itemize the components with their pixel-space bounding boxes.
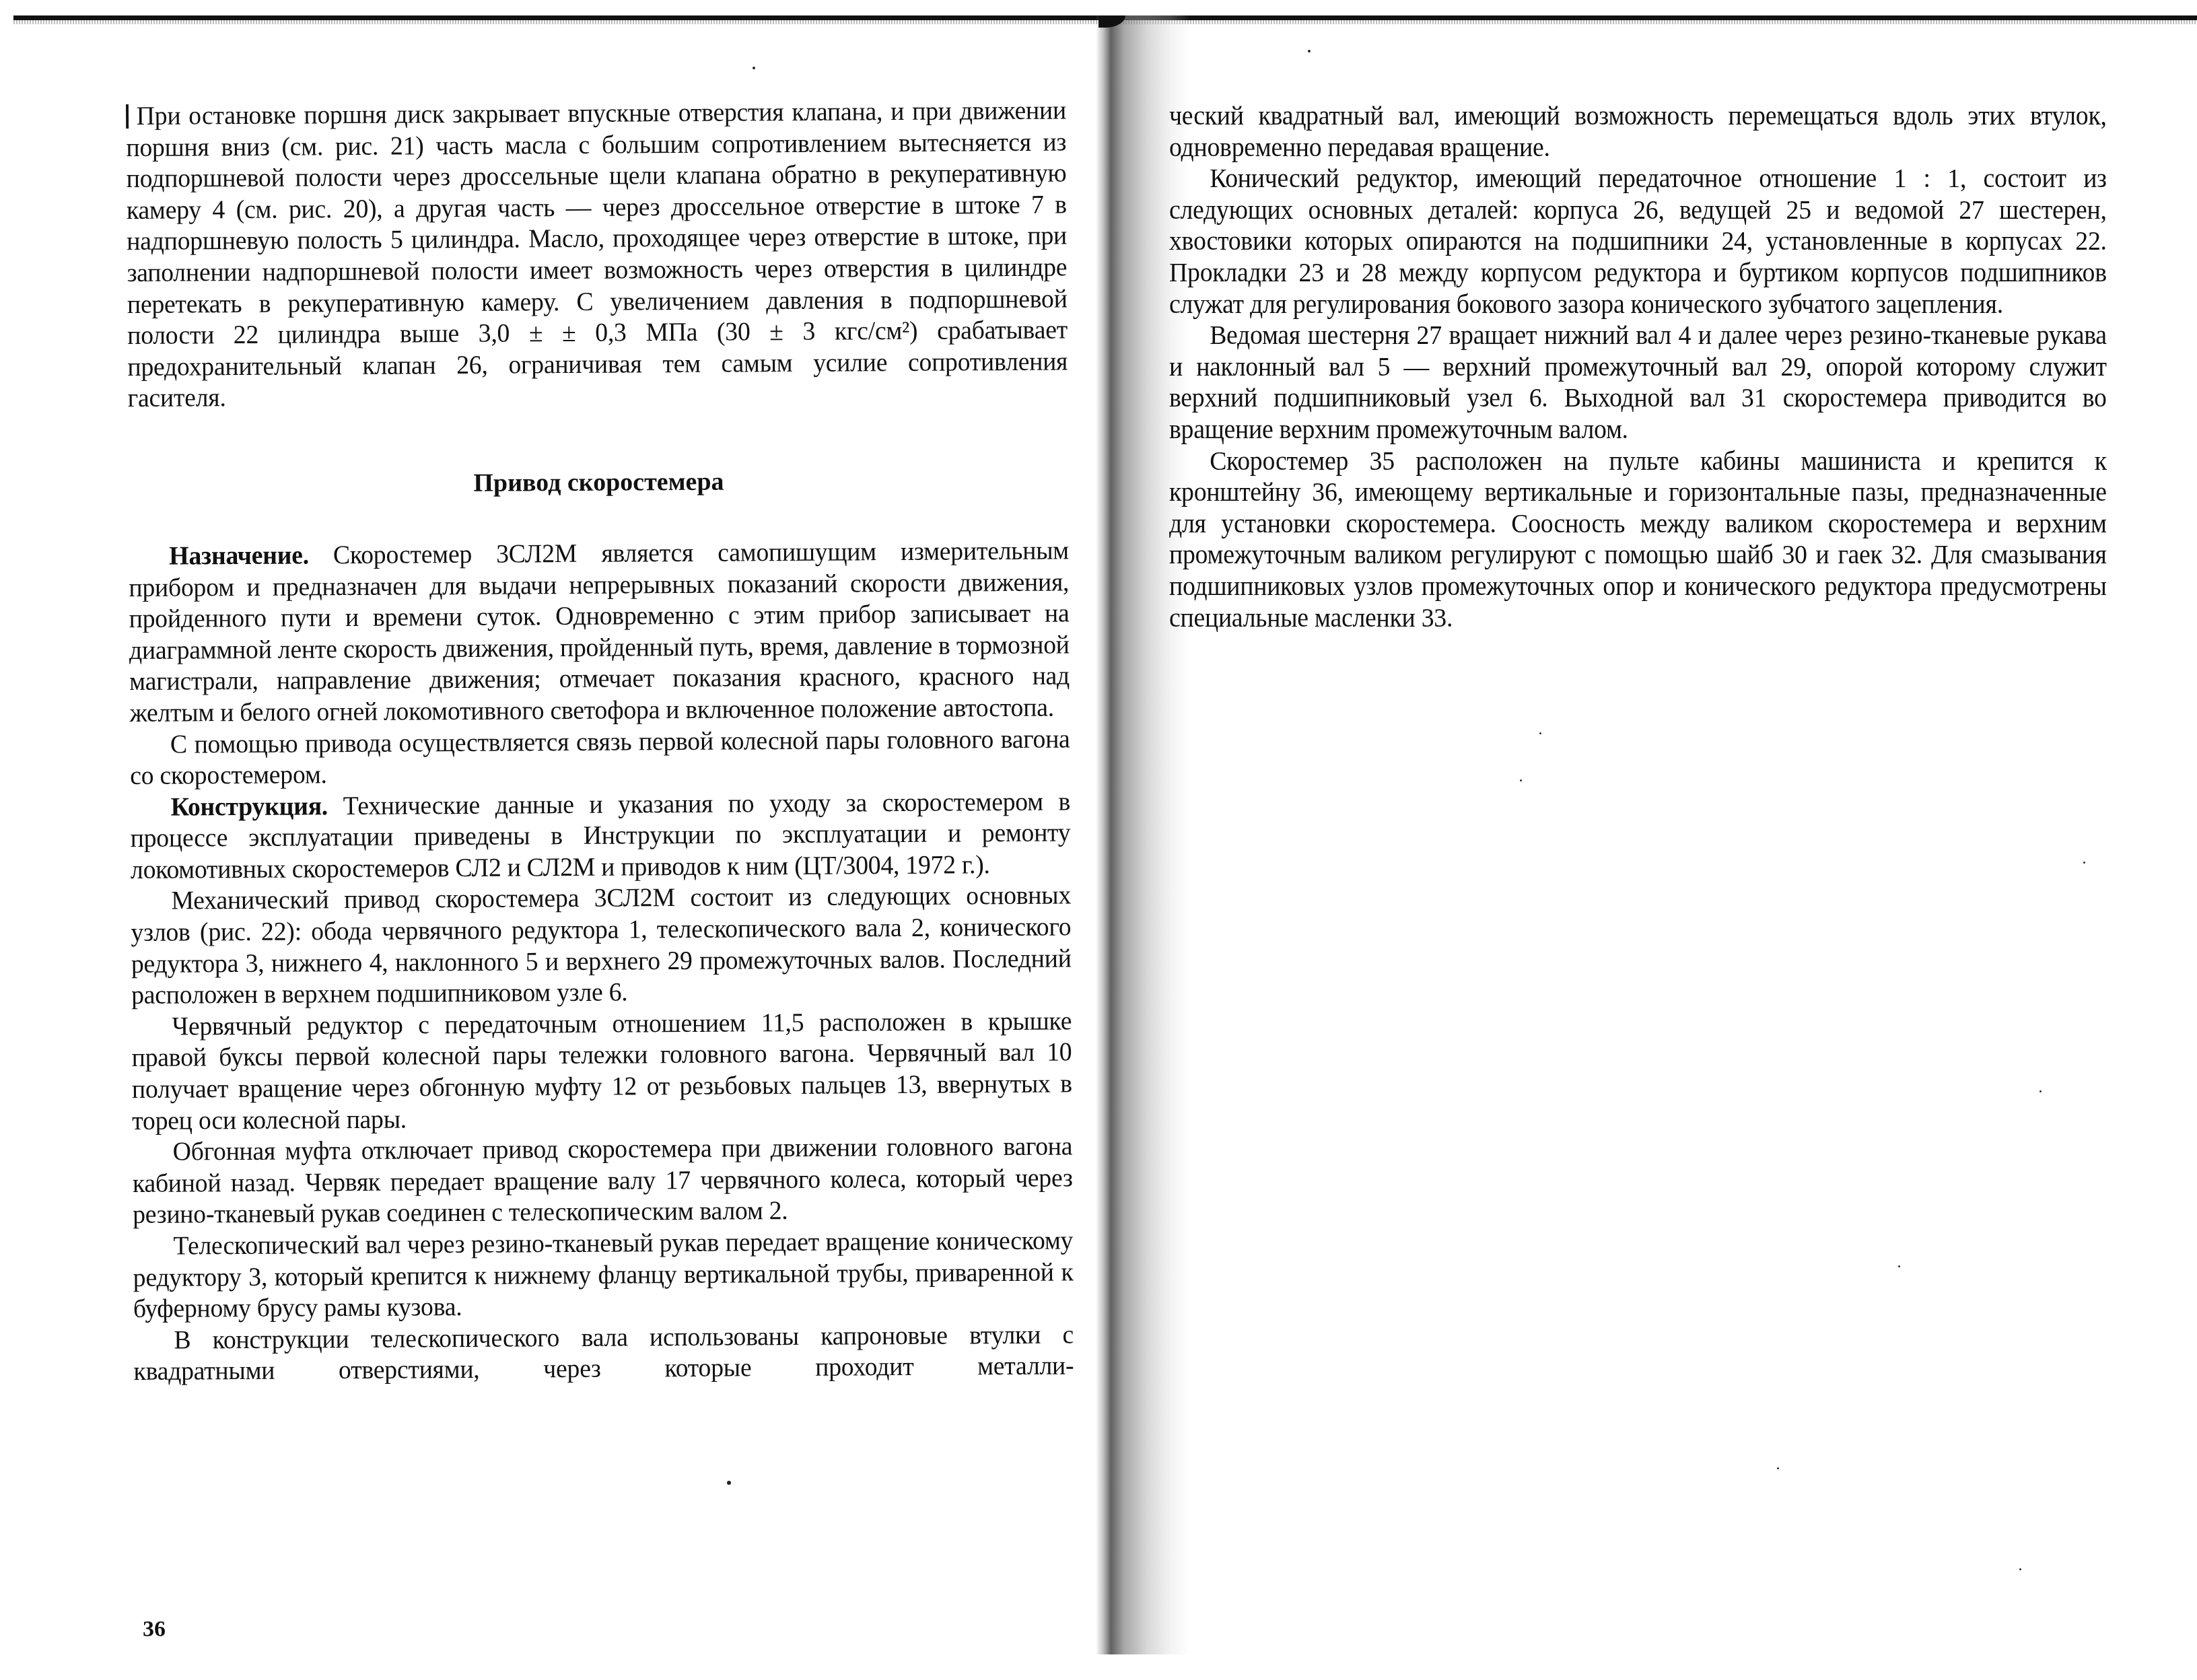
paragraph-text: В конструкции телескопического вала испо…	[133, 1320, 1074, 1386]
paragraph-connection: С помощью привода осуществляется связь п…	[130, 724, 1070, 792]
scan-speck	[1520, 779, 1522, 781]
paragraph-square-shaft: ческий квадратный вал, имеющий возможнос…	[1169, 101, 2107, 164]
paragraph-text: Обгонная муфта отключает привод скоросте…	[133, 1132, 1073, 1230]
paragraph-text: Механический привод скоростемера 3СЛ2М с…	[131, 881, 1071, 1010]
paragraph-damper-continuation: При остановке поршня диск закрывает впус…	[126, 95, 1068, 414]
scan-speck	[1539, 732, 1541, 734]
paragraph-text: При остановке поршня диск закрывает впус…	[126, 96, 1068, 413]
scan-speck	[753, 67, 755, 69]
section-heading: Привод скоростемера	[128, 409, 1070, 541]
paragraph-text: Конический редуктор, имеющий передаточно…	[1169, 164, 2107, 318]
paragraph-lead: Назначение.	[169, 540, 309, 570]
paragraph-telescopic-shaft: Телескопический вал через резино-тканевы…	[133, 1225, 1074, 1325]
scan-speck	[1777, 1467, 1779, 1469]
paragraph-text: Телескопический вал через резино-тканевы…	[133, 1226, 1074, 1323]
paragraph-text: ческий квадратный вал, имеющий возможнос…	[1169, 102, 2107, 162]
scan-speck	[1898, 1265, 1900, 1267]
left-page: При остановке поршня диск закрывает впус…	[126, 95, 1075, 1387]
paragraph-bevel-reducer: Конический редуктор, имеющий передаточно…	[1169, 164, 2107, 320]
paragraph-text: Скоростемер 35 расположен на пульте каби…	[1169, 447, 2107, 633]
paragraph-text: С помощью привода осуществляется связь п…	[130, 724, 1070, 790]
paragraph-overrunning-clutch: Обгонная муфта отключает привод скоросте…	[132, 1131, 1073, 1231]
scan-speck	[2083, 862, 2085, 864]
right-page: ческий квадратный вал, имеющий возможнос…	[1169, 101, 2107, 634]
paragraph-worm-reducer: Червячный редуктор с передаточным отноше…	[131, 1006, 1072, 1137]
paragraph-lead: Конструкция.	[170, 792, 328, 821]
margin-mark	[126, 104, 129, 129]
paragraph-speedometer-mount: Скоростемер 35 расположен на пульте каби…	[1169, 446, 2107, 635]
scan-speck	[2039, 1090, 2042, 1092]
scan-speck	[2019, 1568, 2021, 1570]
paragraph-text: Ведомая шестерня 27 вращает нижний вал 4…	[1169, 321, 2107, 444]
page-number: 36	[143, 1617, 166, 1642]
paragraph-text: Червячный редуктор с передаточным отноше…	[132, 1006, 1072, 1135]
paragraph-purpose: Назначение. Скоростемер 3СЛ2М является с…	[129, 535, 1070, 729]
paragraph-driven-gear: Ведомая шестерня 27 вращает нижний вал 4…	[1169, 320, 2107, 446]
paragraph-mechanical-drive: Механический привод скоростемера 3СЛ2М с…	[131, 880, 1072, 1012]
paragraph-construction: Конструкция. Технические данные и указан…	[130, 786, 1071, 886]
scan-speck	[727, 1481, 731, 1485]
scan-speck	[1308, 50, 1311, 53]
paragraph-nylon-bushings: В конструкции телескопического вала испо…	[133, 1319, 1074, 1388]
